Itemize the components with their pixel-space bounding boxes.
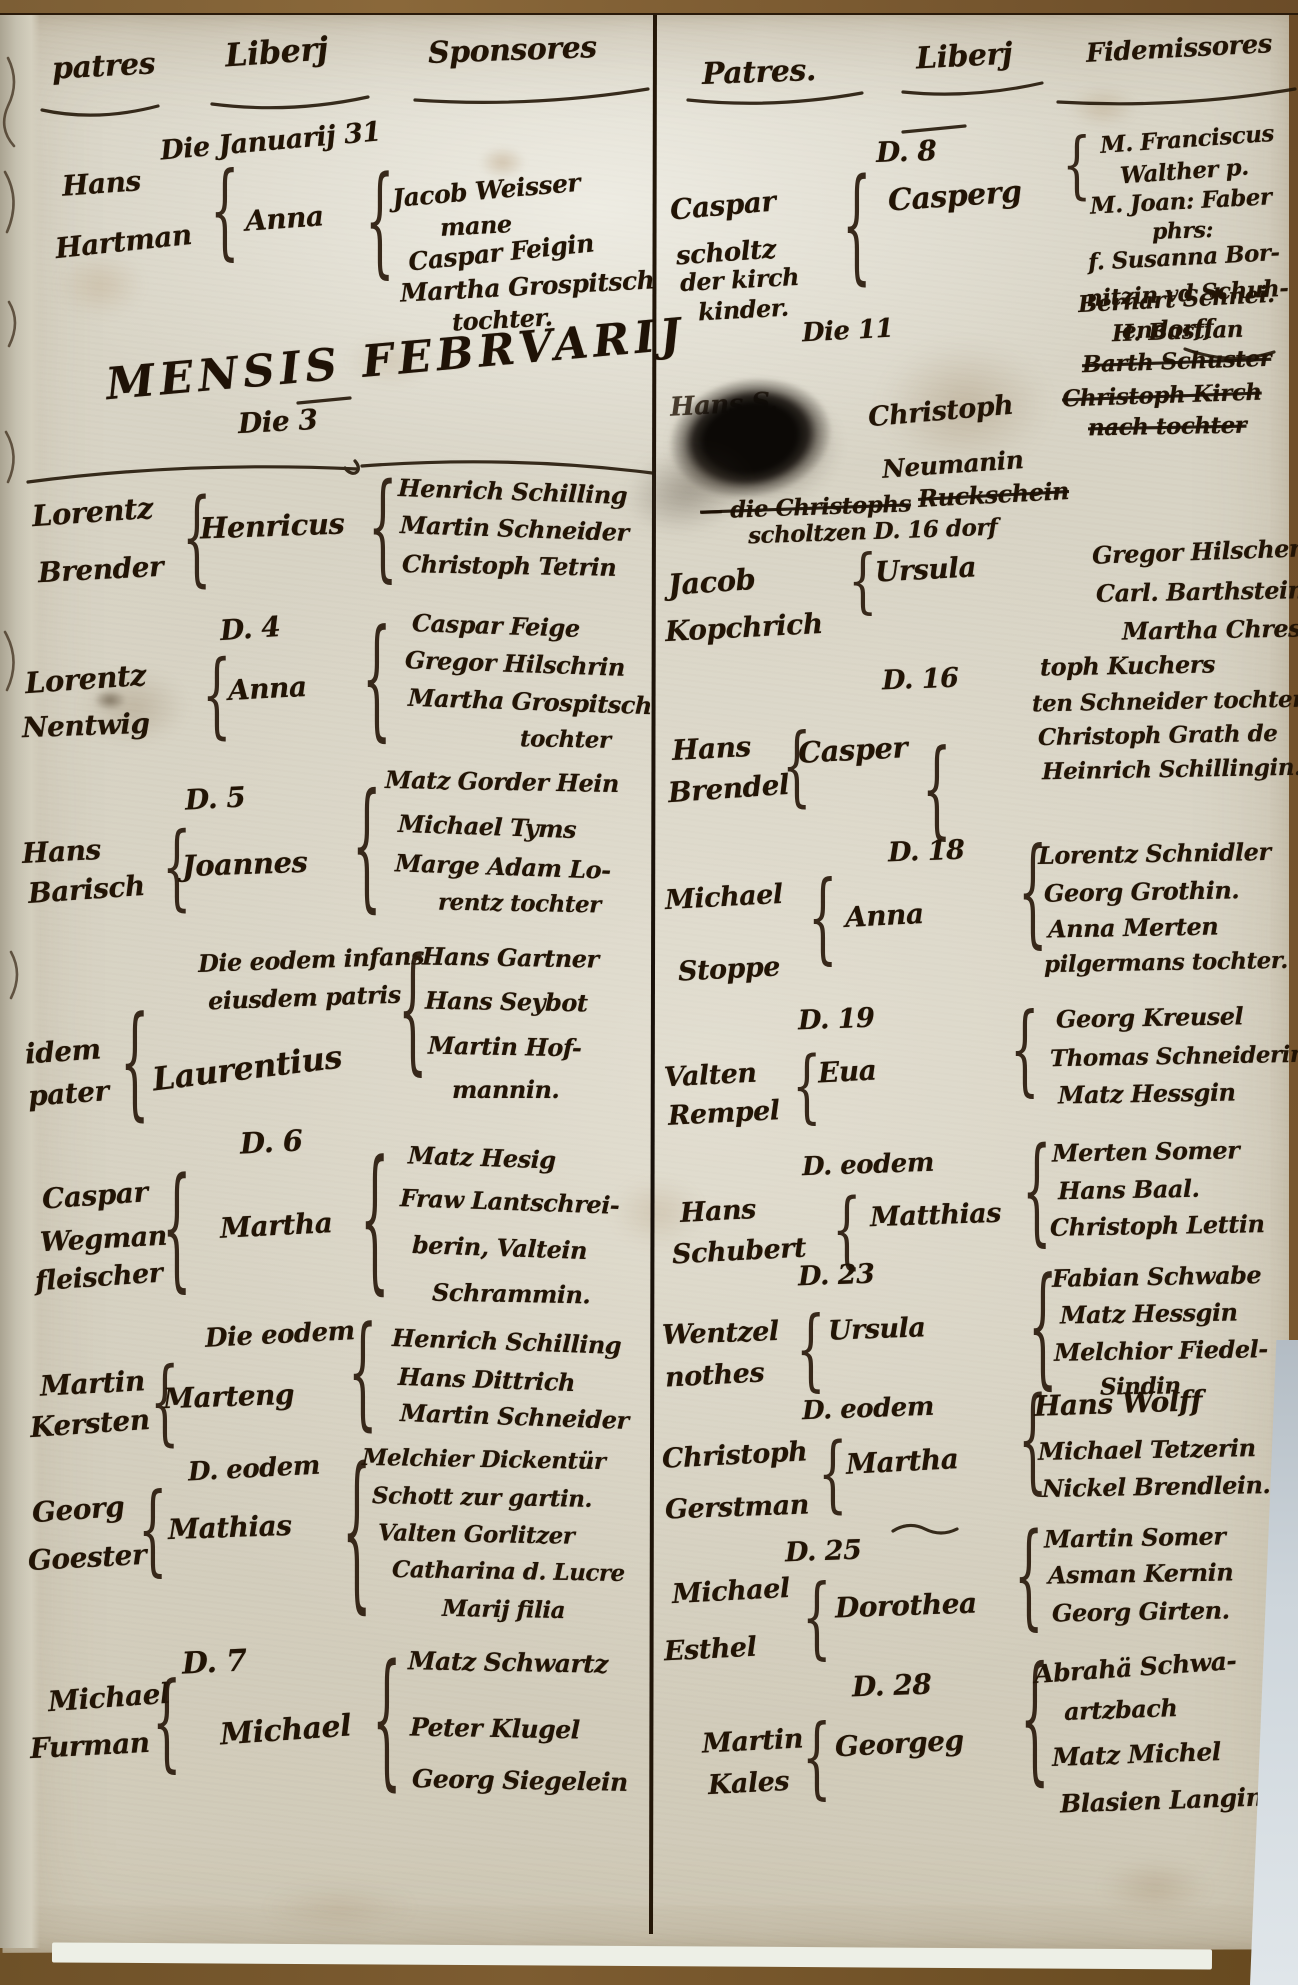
father-name: Hans bbox=[61, 167, 141, 200]
child-name: Henricus bbox=[200, 509, 345, 543]
child-name: Anna bbox=[227, 673, 307, 705]
child-name: Dorothea bbox=[835, 1590, 978, 1623]
father-name: Furman bbox=[29, 1729, 150, 1763]
baptism-date: D. 18 bbox=[888, 837, 965, 867]
sponsor-name: Michael Tetzerin bbox=[1038, 1436, 1256, 1464]
sponsor-name: Hans Dittrich bbox=[398, 1365, 576, 1395]
sponsor-name: Merten Somer bbox=[1052, 1138, 1240, 1165]
father-name: Georg bbox=[31, 1493, 125, 1527]
child-name: Marteng bbox=[163, 1381, 295, 1414]
sponsor-name: Georg Girten. bbox=[1052, 1598, 1230, 1625]
baptism-date: eiusdem patris bbox=[208, 983, 402, 1014]
father-name: Brender bbox=[37, 553, 164, 588]
father-name: Goester bbox=[27, 1541, 146, 1575]
father-name: Martin bbox=[39, 1367, 145, 1400]
sponsor-name: Melchior Fiedel- bbox=[1054, 1337, 1268, 1365]
brace-mark: { bbox=[360, 1140, 390, 1296]
father-name: Valten bbox=[663, 1060, 757, 1092]
brace-mark: { bbox=[202, 648, 232, 741]
baptism-date: D. 6 bbox=[239, 1126, 303, 1158]
baptism-date: D. eodem bbox=[187, 1453, 320, 1486]
father-name: Hans bbox=[671, 733, 751, 765]
sponsor-name: tochter bbox=[520, 727, 611, 752]
father-name: Christoph bbox=[661, 1438, 808, 1473]
father-name: Martin bbox=[701, 1725, 803, 1757]
brace-mark: { bbox=[368, 468, 398, 584]
brace-mark: { bbox=[362, 612, 392, 743]
sponsor-name: Matz Michel bbox=[1052, 1739, 1222, 1770]
father-name: Wegman bbox=[39, 1223, 167, 1257]
sponsor-name: Christoph Lettin bbox=[1050, 1212, 1265, 1240]
father-name: Schubert bbox=[671, 1235, 806, 1269]
sponsor-name: mane bbox=[439, 212, 512, 240]
sponsor-name: Georg Siegelein bbox=[412, 1766, 628, 1795]
father-name: Lorentz bbox=[31, 494, 154, 531]
child-name: Mathias bbox=[168, 1512, 292, 1544]
sponsor-name: Fraw Lantschrei- bbox=[400, 1186, 620, 1218]
sponsor-name: Matz Hessgin bbox=[1060, 1300, 1238, 1327]
father-name: Hans bbox=[21, 836, 101, 868]
father-name: idem bbox=[24, 1035, 101, 1068]
sponsor-name: Marij filia bbox=[442, 1597, 565, 1622]
sponsor-name: Schott zur gartin. bbox=[372, 1484, 592, 1511]
sponsor-name: Gregor Hilscher. bbox=[1092, 536, 1298, 567]
father-name: Hans bbox=[679, 1196, 756, 1227]
previous-page-edge bbox=[0, 13, 40, 1948]
brace-mark: { bbox=[1014, 1518, 1044, 1632]
father-name: Kales bbox=[707, 1768, 789, 1799]
brace-mark: { bbox=[818, 1432, 848, 1515]
sponsor-name-crossed: Barth Schuster bbox=[1082, 347, 1272, 377]
baptism-date: D. 28 bbox=[852, 1671, 932, 1702]
child-name: Eua bbox=[817, 1056, 877, 1087]
baptism-date: Die eodem infans bbox=[198, 944, 425, 976]
sponsor-name: Martin Hof- bbox=[428, 1034, 582, 1061]
sponsor-name: Georg Kreusel bbox=[1056, 1004, 1244, 1031]
child-name: Anna bbox=[844, 900, 924, 932]
book-binding-edge bbox=[0, 0, 1298, 15]
sponsor-name-crossed: Christoph Kirch bbox=[1062, 381, 1262, 411]
baptism-date: D. 16 bbox=[882, 665, 959, 695]
father-name: Jacob bbox=[667, 565, 756, 600]
brace-mark: { bbox=[120, 1000, 150, 1122]
sponsor-name: Matz Hessgin bbox=[1058, 1080, 1236, 1107]
father-name: der kirch bbox=[679, 265, 799, 295]
sponsor-name: phrs: bbox=[1152, 219, 1214, 243]
brace-mark: { bbox=[796, 1304, 826, 1393]
father-name: Lorentz bbox=[24, 661, 147, 698]
baptism-date: D. 8 bbox=[876, 137, 937, 167]
sponsor-name: Matz Schwartz bbox=[408, 1648, 608, 1676]
baptism-date: D. 25 bbox=[785, 1537, 862, 1567]
brace-mark: { bbox=[922, 735, 952, 841]
father-name: Michael bbox=[671, 1575, 790, 1608]
sponsor-name: mannin. bbox=[452, 1078, 559, 1102]
baptism-date: Die 11 bbox=[801, 316, 893, 347]
child-name: Ursula bbox=[828, 1314, 926, 1344]
father-name: Kersten bbox=[29, 1406, 150, 1442]
brace-mark: { bbox=[1022, 1132, 1052, 1248]
father-name: Brendel bbox=[667, 771, 790, 807]
child-name: Martha bbox=[219, 1209, 333, 1243]
child-name: Anna bbox=[244, 202, 324, 235]
brace-mark: { bbox=[162, 1160, 192, 1294]
sponsor-name: Henrich Schilling bbox=[398, 476, 628, 508]
brace-mark: { bbox=[802, 1712, 832, 1801]
father-name: Michael bbox=[664, 881, 783, 914]
sponsor-name: Hans Wolff bbox=[1034, 1387, 1203, 1421]
sponsor-name: Thomas Schneiderin bbox=[1050, 1043, 1298, 1070]
brace-mark: { bbox=[348, 1310, 378, 1432]
brace-mark: { bbox=[372, 1645, 402, 1792]
sponsor-name: Martha Chres- bbox=[1122, 616, 1298, 643]
baptism-date: D. 7 bbox=[181, 1646, 247, 1679]
child-name: Joannes bbox=[182, 848, 308, 881]
child-name: Martha bbox=[845, 1445, 959, 1479]
sponsor-name: artzbach bbox=[1064, 1696, 1178, 1724]
sponsor-name: Blasien Langin bbox=[1060, 1784, 1264, 1816]
sponsor-name: Lorentz Schnidler bbox=[1038, 840, 1271, 868]
brace-mark: { bbox=[1062, 128, 1092, 201]
entry-note-crossed: Ruckschein bbox=[917, 479, 1069, 511]
brace-mark: { bbox=[808, 868, 838, 966]
child-name: Georgeg bbox=[834, 1727, 964, 1762]
child-name: Michael bbox=[219, 1711, 352, 1750]
brace-mark: { bbox=[842, 162, 872, 286]
brace-mark: { bbox=[138, 1480, 168, 1578]
sponsor-name: Hans Gartner bbox=[422, 944, 599, 971]
sponsor-name: Matz Hesig bbox=[408, 1143, 556, 1172]
sponsor-name: Hans Baal. bbox=[1058, 1177, 1200, 1203]
sponsor-name: Heinrich Schillingin. bbox=[1042, 756, 1298, 784]
sponsor-name: Asman Kernin bbox=[1048, 1560, 1234, 1587]
sponsor-name: H. Bastian bbox=[1112, 318, 1244, 346]
sponsor-name: Georg Grothin. bbox=[1044, 878, 1240, 905]
page-right-edge bbox=[1289, 13, 1298, 1343]
sponsor-name: berin, Valtein bbox=[412, 1233, 588, 1263]
sponsor-name: Christoph Tetrin bbox=[402, 552, 617, 580]
sponsor-name: Martin Schneider bbox=[400, 1401, 629, 1433]
father-name: Barisch bbox=[27, 872, 146, 908]
baptism-date: D. eodem bbox=[802, 1150, 935, 1181]
baptism-date: D. eodem bbox=[802, 1394, 935, 1425]
sponsor-name: Hans Seybot bbox=[425, 989, 588, 1016]
brace-mark: { bbox=[152, 1668, 182, 1774]
sponsor-name: Marge Adam Lo- bbox=[395, 851, 611, 883]
father-name: Kopchrich bbox=[664, 610, 823, 646]
father-name: Esthel bbox=[663, 1634, 757, 1666]
sponsor-name: Melchier Dickentür bbox=[362, 1446, 606, 1473]
sponsor-name: Caspar Feige bbox=[412, 611, 580, 641]
brace-mark: { bbox=[365, 160, 395, 280]
brace-mark: { bbox=[848, 545, 878, 615]
baptism-date: D. 23 bbox=[798, 1261, 875, 1291]
column-header-fathers: patres bbox=[51, 49, 155, 84]
father-name: Wentzel bbox=[662, 1318, 780, 1349]
sponsor-name: Fabian Schwabe bbox=[1052, 1263, 1262, 1291]
column-header-children: Liberj bbox=[915, 40, 1013, 75]
baptism-date: Die eodem bbox=[204, 1318, 355, 1352]
father-name: kinder. bbox=[697, 296, 789, 325]
father-name: Caspar bbox=[41, 1178, 148, 1213]
brace-mark: { bbox=[210, 158, 240, 262]
sponsor-name: Schrammin. bbox=[432, 1281, 591, 1308]
sponsor-name: Matz Gorder Hein bbox=[385, 768, 619, 796]
sponsor-name: Catharina d. Lucre bbox=[392, 1558, 625, 1585]
brace-mark: { bbox=[352, 775, 382, 914]
sponsor-name-crossed: nach tochter bbox=[1088, 414, 1247, 440]
day-heading: Die 3 bbox=[237, 406, 318, 438]
sponsor-name: Nickel Brendlein. bbox=[1042, 1473, 1271, 1501]
column-header-children: Liberj bbox=[224, 32, 329, 71]
column-header-sponsors: Sponsores bbox=[428, 33, 598, 69]
manuscript-photo: patres Liberj Sponsores Die Januarij 31 … bbox=[0, 0, 1298, 1985]
father-name: Rempel bbox=[667, 1097, 780, 1130]
baptism-date: D. 5 bbox=[184, 783, 246, 814]
father-name: Hans S. bbox=[669, 389, 778, 421]
sponsor-name: Christoph Grath de bbox=[1038, 722, 1278, 749]
sponsor-name: Gregor Hilschrin bbox=[405, 648, 626, 680]
column-header-fathers: Patres. bbox=[702, 56, 817, 90]
child-name: Matthias bbox=[870, 1200, 1002, 1232]
sponsor-name: Anna Merten bbox=[1048, 915, 1219, 942]
sponsor-name: Henrich Schilling bbox=[392, 1326, 622, 1358]
sponsor-name: Martin Schneider bbox=[400, 513, 629, 545]
brace-mark: { bbox=[1010, 1000, 1040, 1098]
sponsor-name: Valten Gorlitzer bbox=[378, 1521, 575, 1547]
sponsor-name: toph Kuchers bbox=[1040, 652, 1215, 679]
brace-mark: { bbox=[802, 1572, 832, 1661]
sponsor-name: ten Schneider tochter bbox=[1032, 688, 1298, 716]
sponsor-name: Peter Klugel bbox=[410, 1715, 580, 1743]
sponsor-name: Martin Somer bbox=[1044, 1524, 1226, 1551]
baptism-date: D. 19 bbox=[798, 1005, 875, 1035]
father-name: nothes bbox=[664, 1359, 764, 1391]
father-name: Stoppe bbox=[677, 953, 780, 985]
sponsor-name: pilgermans tochter. bbox=[1044, 949, 1288, 976]
sponsor-name: rentz tochter bbox=[438, 891, 601, 917]
sponsor-name: Carl. Barthstein bbox=[1096, 578, 1298, 606]
child-name: Ursula bbox=[874, 553, 976, 586]
child-name: Casper bbox=[797, 733, 908, 768]
father-name: Nentwig bbox=[22, 710, 150, 742]
father-name: pater bbox=[27, 1077, 109, 1111]
father-name: Gerstman bbox=[665, 1491, 810, 1523]
sponsor-name: Michael Tyms bbox=[398, 812, 577, 842]
